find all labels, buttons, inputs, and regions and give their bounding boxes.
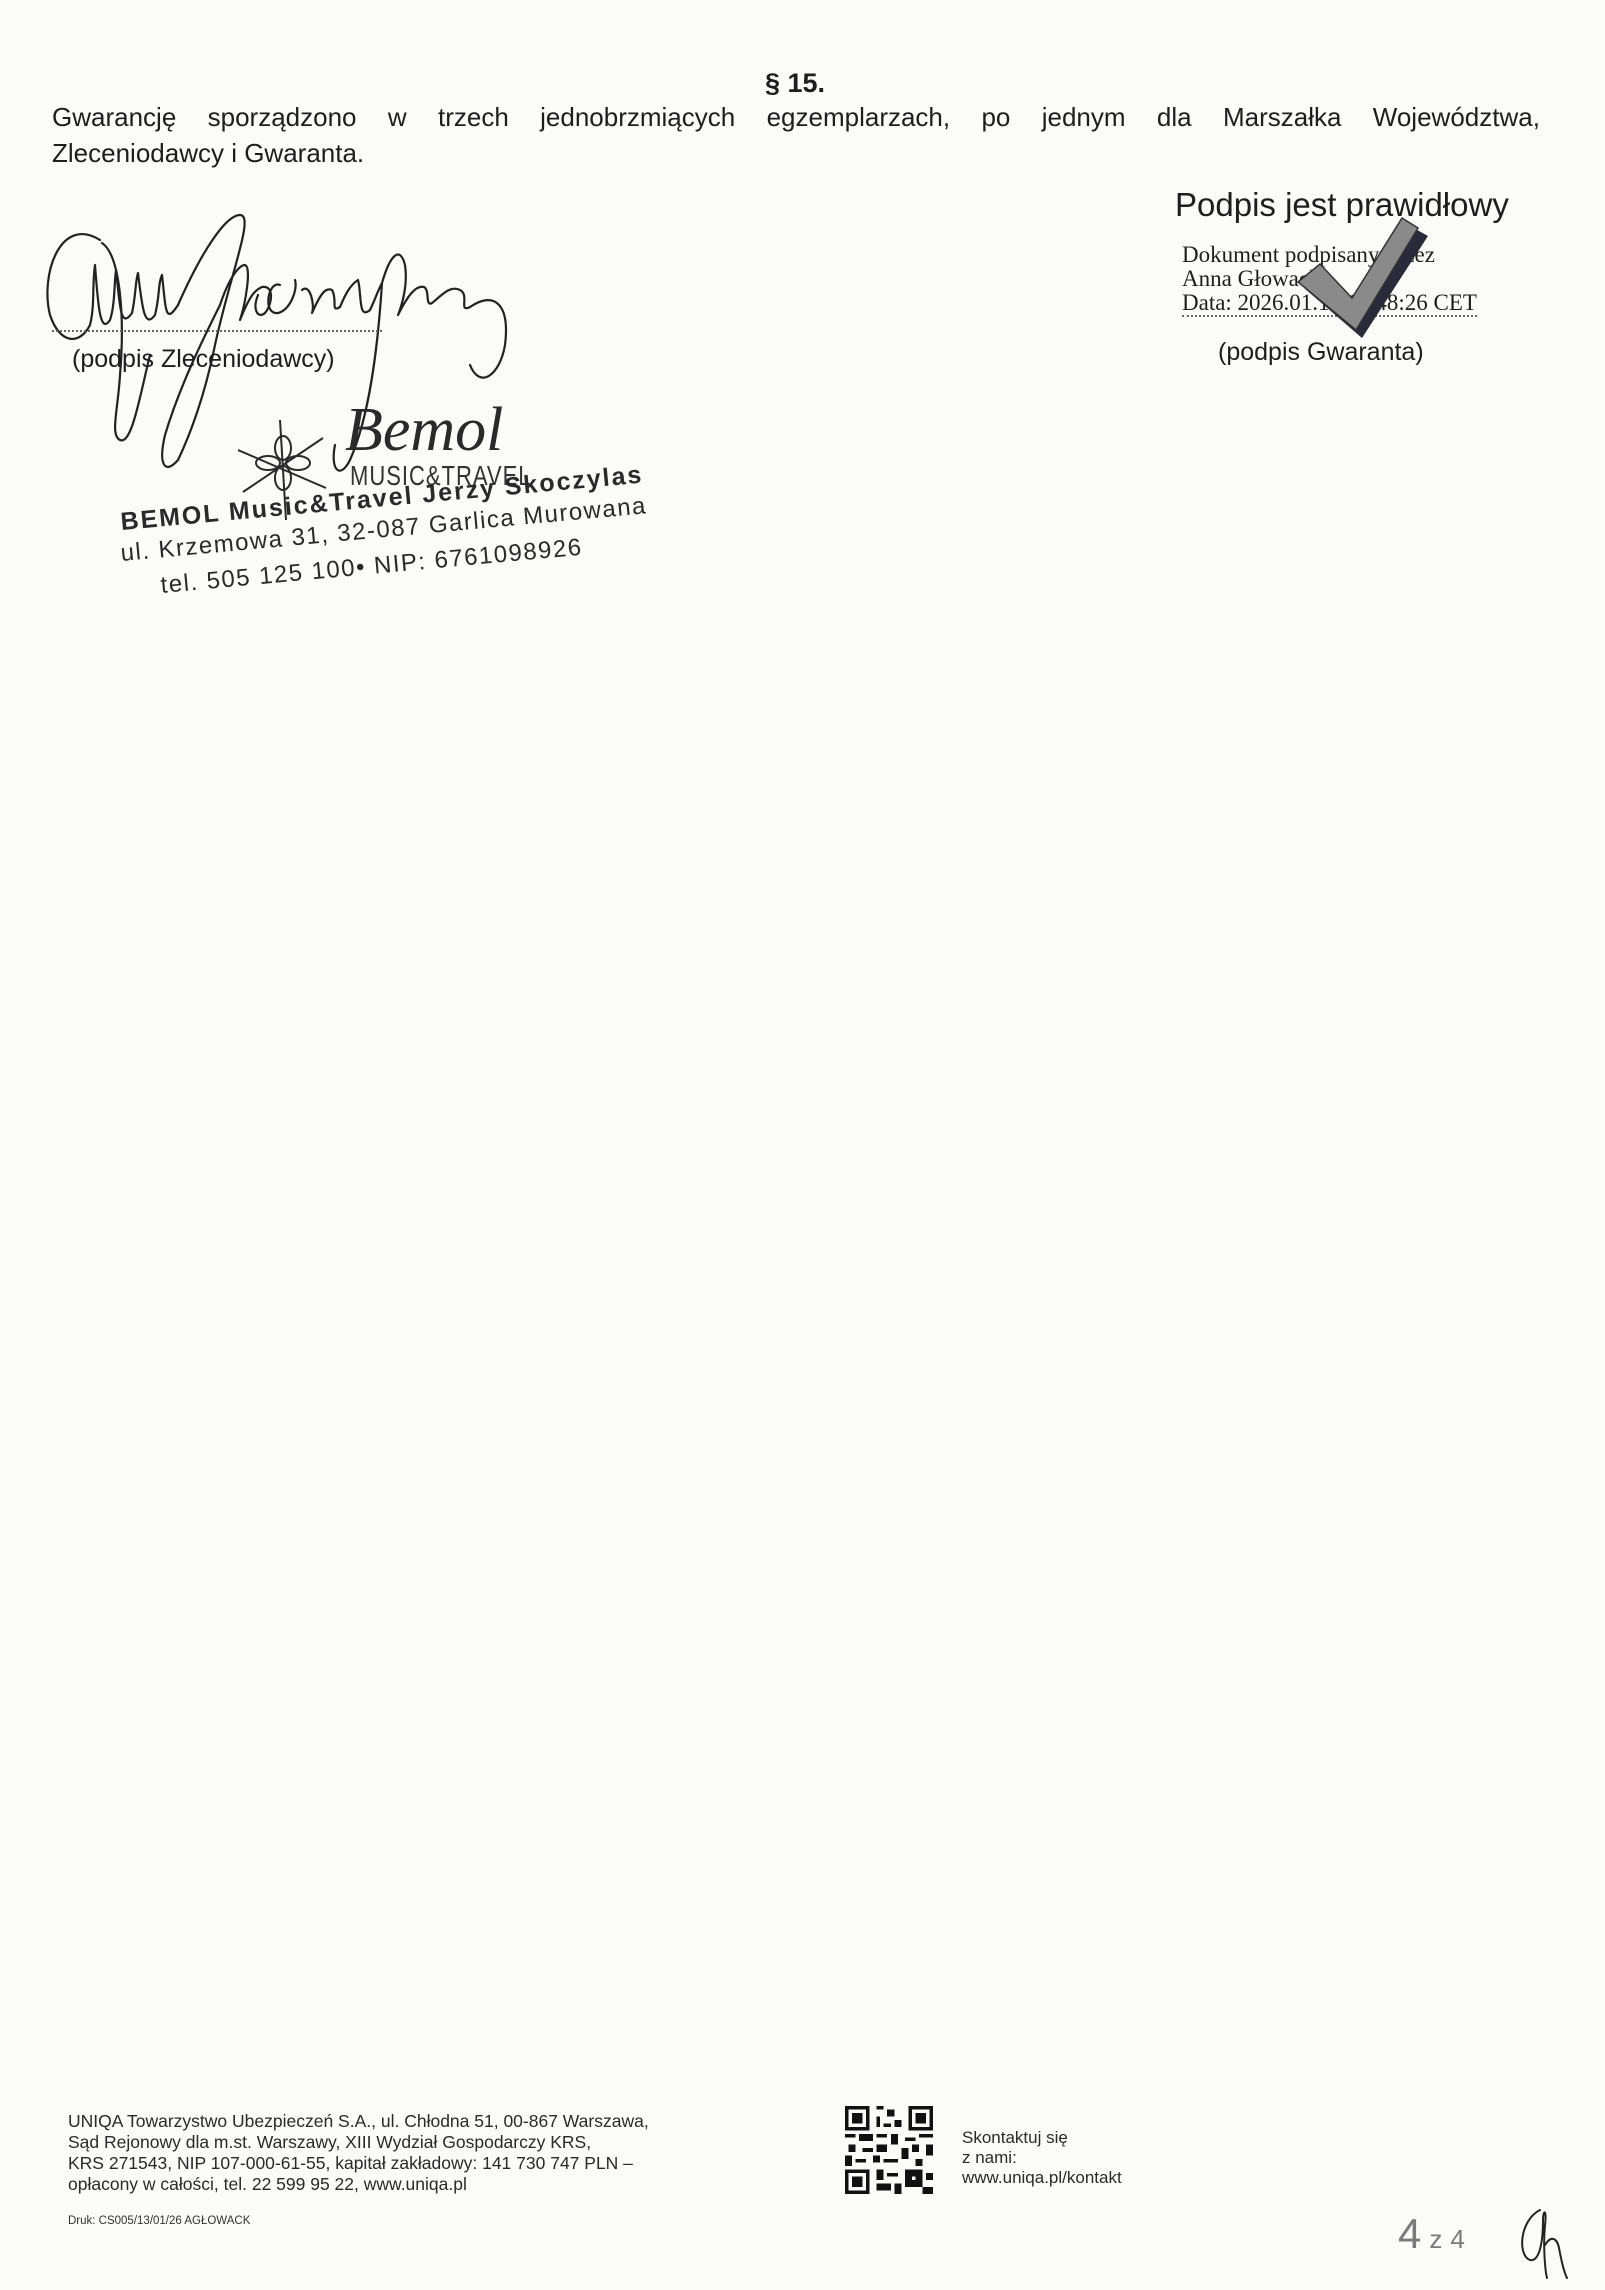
paragraph-word: egzemplarzach, [767,102,951,133]
contact-link[interactable]: www.uniqa.pl/kontakt [962,2168,1122,2188]
paragraph-word: jednym [1042,102,1126,133]
paragraph-word: Gwarancję [52,102,176,133]
paragraph-word: dla [1157,102,1192,133]
footer-company-line: Sąd Rejonowy dla m.st. Warszawy, XIII Wy… [68,2132,649,2153]
contact-line: Skontaktuj się [962,2128,1122,2148]
checkmark-icon [1290,210,1430,340]
page-separator: z [1429,2224,1442,2254]
paragraph-line-2: Zleceniodawcy i Gwaranta. [52,138,364,169]
paragraph-word: Województwa, [1373,102,1540,133]
paragraph-word: w [388,102,407,133]
stamp-logo-name: Bemol [345,395,503,466]
paragraph-word: trzech [438,102,509,133]
page-total: 4 [1450,2224,1464,2254]
paragraph-word: jednobrzmiących [540,102,735,133]
page-current: 4 [1398,2210,1421,2257]
footer-company-line: KRS 271543, NIP 107-000-61-55, kapitał z… [68,2153,649,2174]
client-signature-label: (podpis Zleceniodawcy) [72,345,335,374]
paragraph-word: sporządzono [208,102,357,133]
client-signature-line [52,330,382,332]
footer-company-info: UNIQA Towarzystwo Ubezpieczeń S.A., ul. … [68,2111,649,2195]
paragraph-word: Marszałka [1223,102,1341,133]
print-code: Druk: CS005/13/01/26 AGŁOWACK [68,2215,250,2227]
contact-line: z nami: [962,2148,1122,2168]
paragraph-word: po [981,102,1010,133]
footer-company-line: opłacony w całości, tel. 22 599 95 22, w… [68,2174,649,2195]
qr-code-icon[interactable] [845,2106,933,2194]
section-title: § 15. [765,68,825,99]
handwritten-initials [1515,2200,1575,2280]
footer-contact: Skontaktuj się z nami: www.uniqa.pl/kont… [962,2128,1122,2188]
guarantor-signature-label: (podpis Gwaranta) [1218,338,1424,367]
page-number: 4z4 [1398,2210,1465,2258]
paragraph-line-1: Gwarancjęsporządzonowtrzechjednobrzmiący… [52,102,1540,133]
footer-company-line: UNIQA Towarzystwo Ubezpieczeń S.A., ul. … [68,2111,649,2132]
